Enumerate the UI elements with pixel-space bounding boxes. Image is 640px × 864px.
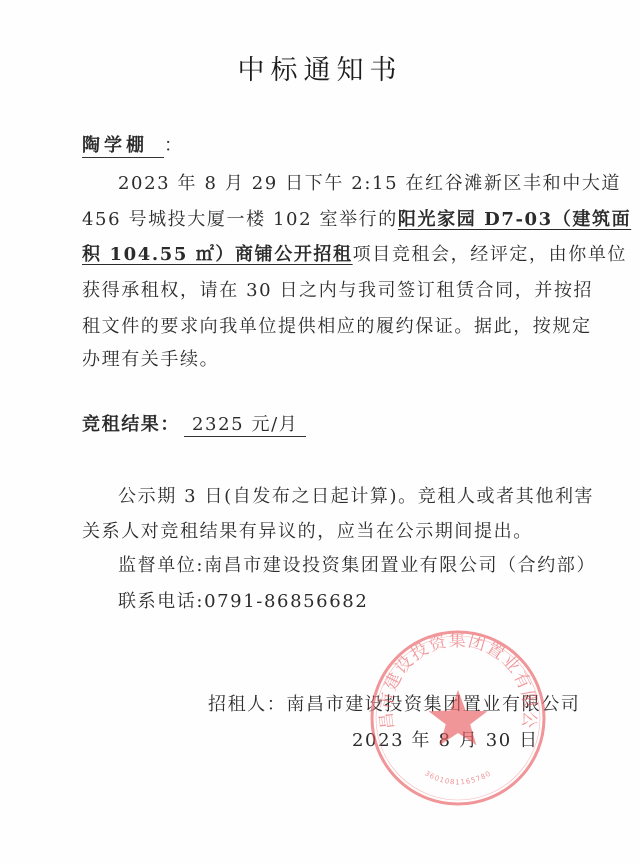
contact-phone: 0791-86856682	[204, 591, 368, 612]
contact-line: 联系电话:0791-86856682	[118, 590, 368, 614]
project-name-part-1: 阳光家园 D7-03（建筑面	[398, 209, 631, 230]
result-label: 竞租结果：	[82, 414, 180, 435]
notice-line-2: 关系人对竞租结果有异议的，应当在公示期间提出。	[82, 520, 533, 544]
body-line-5: 租文件的要求向我单位提供相应的履约保证。据此，按规定	[82, 315, 592, 339]
notice-line-1: 公示期 3 日(自发布之日起计算)。竞租人或者其他利害	[118, 485, 594, 509]
document-page: 中标通知书 陶学棚： 2023 年 8 月 29 日下午 2:15 在红谷滩新区…	[0, 0, 640, 864]
body-line-2-text: 456 号城投大厦一楼 102 室举行的	[82, 209, 398, 230]
supervisor-line: 监督单位:南昌市建设投资集团置业有限公司（合约部）	[118, 554, 596, 578]
body-line-3-text: 项目竞租会，经评定，由你单位	[353, 244, 627, 265]
body-line-2: 456 号城投大厦一楼 102 室举行的阳光家园 D7-03（建筑面	[82, 208, 631, 232]
addressee-colon: ：	[164, 135, 184, 156]
document-title: 中标通知书	[0, 48, 640, 87]
lessor-line: 招租人：南昌市建设投资集团置业有限公司	[208, 693, 580, 717]
project-name-part-2: 积 104.55 ㎡）商铺公开招租	[82, 244, 353, 265]
lessor-label: 招租人：	[208, 694, 286, 715]
body-line-6: 办理有关手续。	[82, 348, 219, 372]
body-line-3: 积 104.55 ㎡）商铺公开招租项目竞租会，经评定，由你单位	[82, 243, 627, 267]
company-seal-stamp: 南昌市建设投资集团置业有限公司 3601081165780	[368, 628, 548, 808]
addressee-line: 陶学棚：	[82, 134, 184, 158]
result-value: 2325 元/月	[184, 414, 306, 437]
body-line-1: 2023 年 8 月 29 日下午 2:15 在红谷滩新区丰和中大道	[118, 172, 621, 196]
seal-serial-number: 3601081165780	[423, 769, 493, 786]
supervisor-label: 监督单位:	[118, 555, 204, 576]
body-line-4: 获得承租权，请在 30 日之内与我司签订租赁合同，并按招	[82, 279, 593, 303]
addressee-name: 陶学棚	[82, 135, 164, 158]
lessor-name: 南昌市建设投资集团置业有限公司	[286, 694, 580, 715]
contact-label: 联系电话:	[118, 591, 204, 612]
result-line: 竞租结果：2325 元/月	[82, 413, 306, 437]
supervisor-value: 南昌市建设投资集团置业有限公司（合约部）	[204, 555, 596, 576]
signature-date: 2023 年 8 月 30 日	[352, 729, 539, 753]
